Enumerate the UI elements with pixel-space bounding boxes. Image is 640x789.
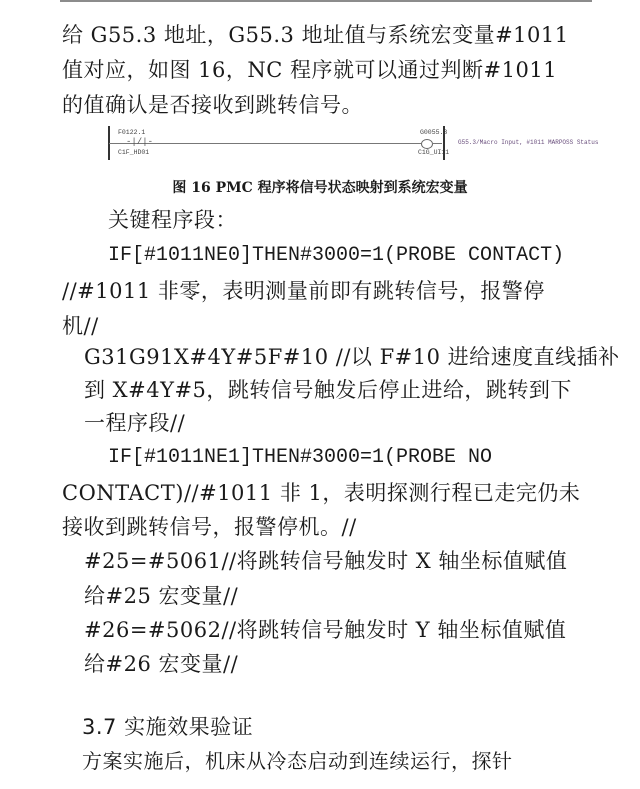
ladder-diagram: F0122.1 -|/|- C1F_HD01 G0055.3 C1G_UI11 … <box>108 126 588 164</box>
coil-icon <box>421 139 433 149</box>
code-line: 给#25 宏变量// <box>84 583 238 609</box>
body-text-line: 值对应，如图 16，NC 程序就可以通过判断#1011 <box>62 57 557 83</box>
code-line: 到 X#4Y#5，跳转信号触发后停止进给，跳转到下 <box>84 377 572 403</box>
body-text-line: 给 G55.3 地址，G55.3 地址值与系统宏变量#1011 <box>62 22 569 48</box>
figure-caption: 图 16 PMC 程序将信号状态映射到系统宏变量 <box>0 177 640 197</box>
code-line: 接收到跳转信号，报警停机。// <box>62 514 357 540</box>
code-intro: 关键程序段： <box>108 207 237 233</box>
rung-line <box>109 143 421 144</box>
code-line: 一程序段// <box>84 410 185 436</box>
code-line: #25=#5061//将跳转信号触发时 X 轴坐标值赋值 <box>84 548 567 574</box>
coil-comment: G55.3/Macro Input, #1011 MARPOSS Status <box>458 139 598 146</box>
code-line: G31G91X#4Y#5F#10 //以 F#10 进给速度直线插补 <box>84 344 620 370</box>
coil-symbol: C1G_UI11 <box>418 149 449 156</box>
code-line: IF[#1011NE1]THEN#3000=1(PROBE NO <box>108 445 492 471</box>
contact-address: F0122.1 <box>118 129 145 136</box>
code-line: IF[#1011NE0]THEN#3000=1(PROBE CONTACT) <box>108 243 564 269</box>
rung-line-end <box>432 143 442 144</box>
right-power-rail <box>443 126 445 160</box>
code-line: //#1011 非零，表明测量前即有跳转信号，报警停 <box>62 278 545 304</box>
section-heading: 3.7 实施效果验证 <box>82 714 253 740</box>
code-line: CONTACT)//#1011 非 1，表明探测行程已走完仍未 <box>62 480 580 506</box>
code-line: 机// <box>62 313 99 339</box>
code-line: #26=#5062//将跳转信号触发时 Y 轴坐标值赋值 <box>84 617 566 643</box>
top-rule <box>60 0 592 2</box>
contact-symbol: C1F_HD01 <box>118 149 149 156</box>
code-line: 给#26 宏变量// <box>84 651 238 677</box>
body-text-line: 的值确认是否接收到跳转信号。 <box>62 92 363 118</box>
nc-contact-icon: -|/|- <box>126 137 153 147</box>
body-text-line: 方案实施后，机床从冷态启动到连续运行，探针 <box>82 748 513 774</box>
